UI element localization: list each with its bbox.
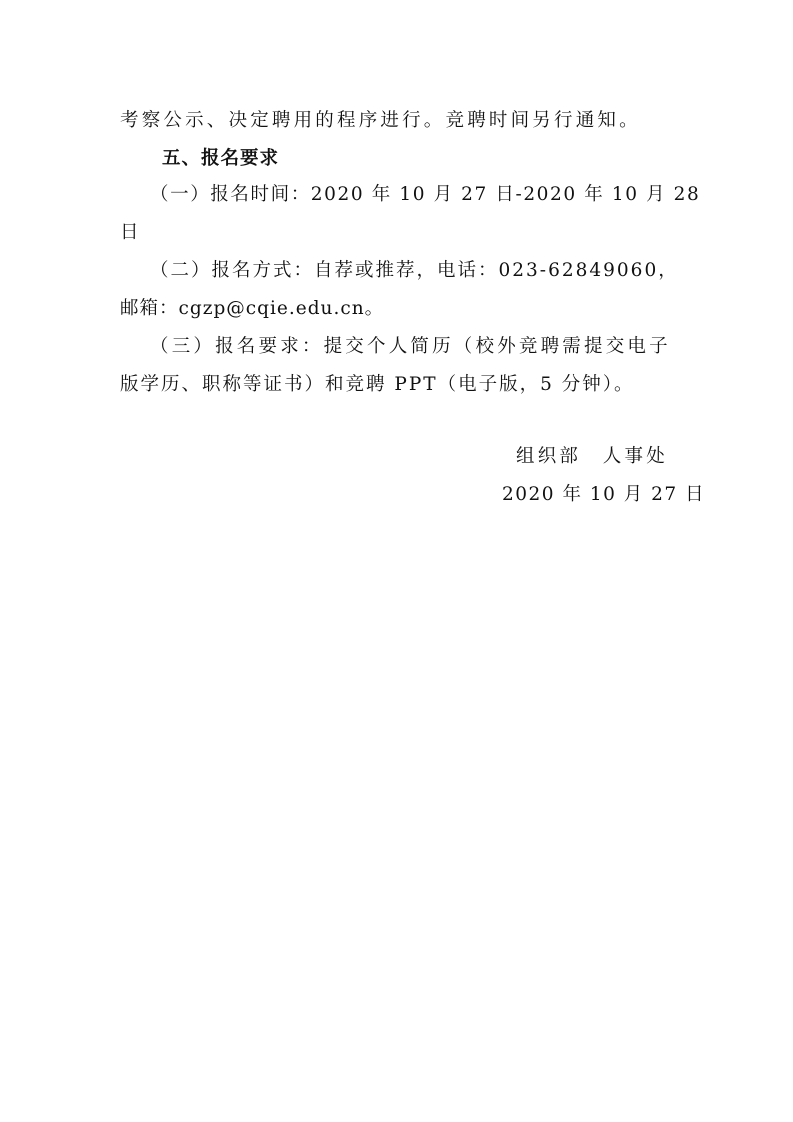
- signature-date: 2020 年 10 月 27 日: [502, 482, 705, 508]
- section-heading: 五、报名要求: [162, 146, 279, 172]
- registration-email: 邮箱：cgzp@cqie.edu.cn。: [120, 296, 384, 322]
- registration-requirements-cont: 版学历、职称等证书）和竞聘 PPT（电子版，5 分钟）。: [120, 372, 635, 398]
- signature-departments: 组织部 人事处: [516, 444, 668, 470]
- registration-time: （一）报名时间：2020 年 10 月 27 日-2020 年 10 月 28: [150, 182, 700, 208]
- paragraph-continuation: 考察公示、决定聘用的程序进行。竞聘时间另行通知。: [120, 108, 641, 134]
- registration-requirements: （三）报名要求：提交个人简历（校外竞聘需提交电子: [150, 334, 671, 360]
- registration-method: （二）报名方式：自荐或推荐，电话：023-62849060，: [150, 258, 679, 284]
- registration-time-cont: 日: [120, 220, 142, 246]
